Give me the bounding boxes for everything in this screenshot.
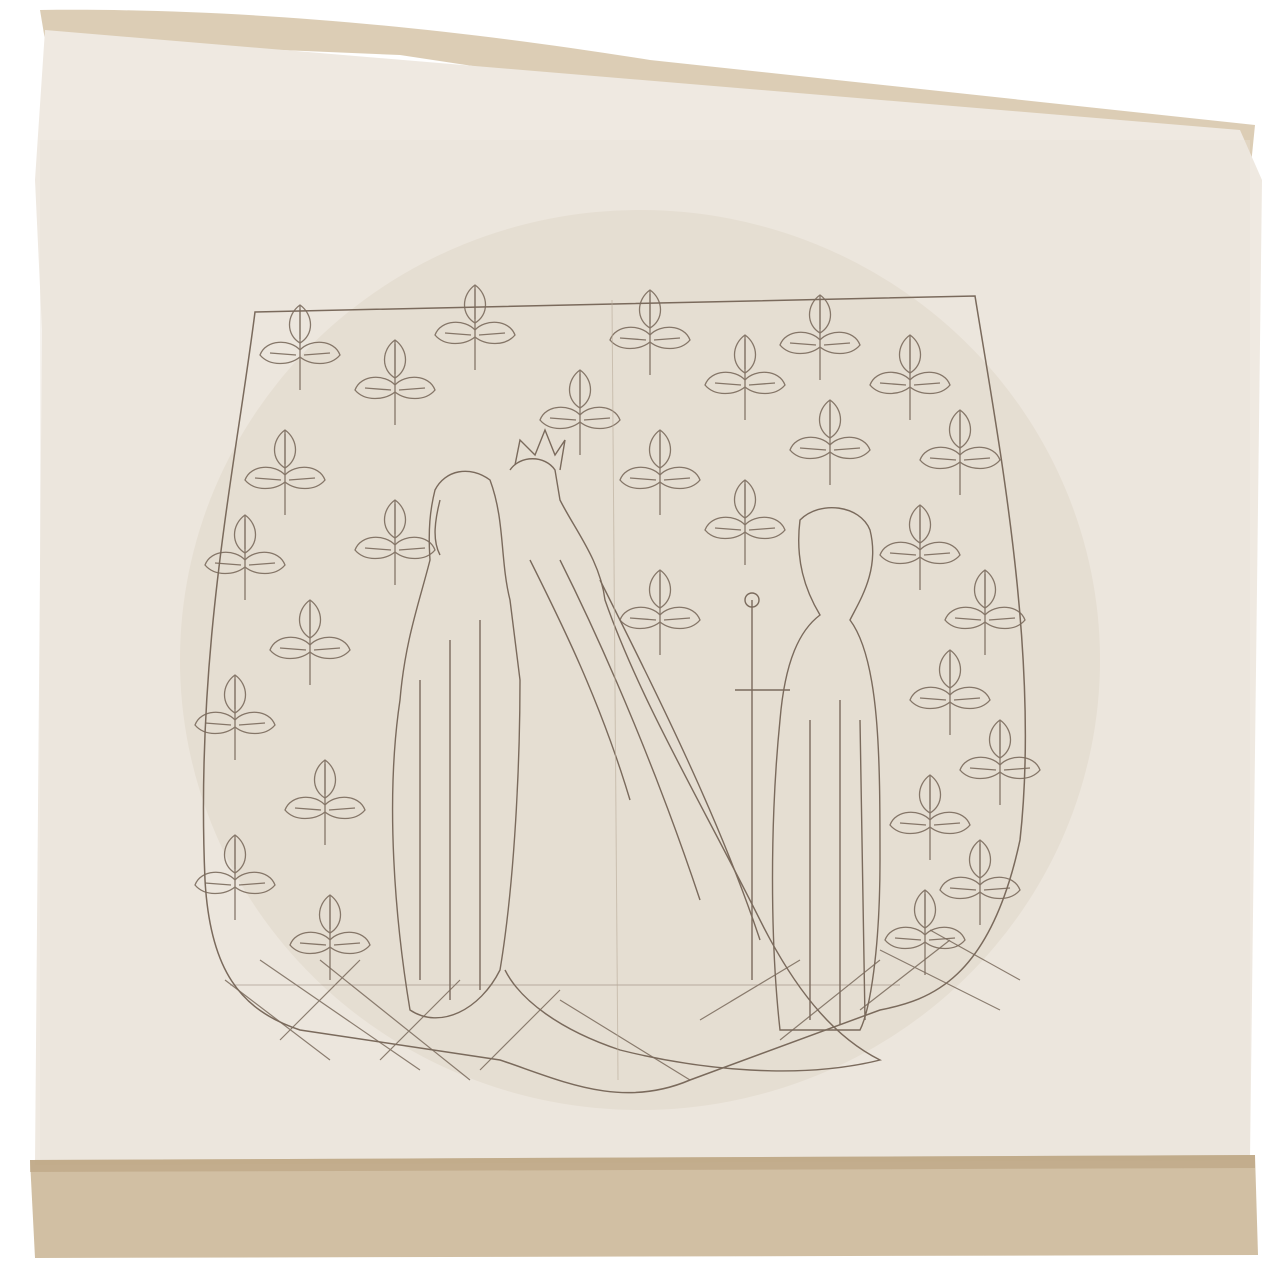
drawing-svg (0, 0, 1280, 1275)
drawing-scan: Pencil cartoon of a kneeling crowned fig… (0, 0, 1280, 1275)
